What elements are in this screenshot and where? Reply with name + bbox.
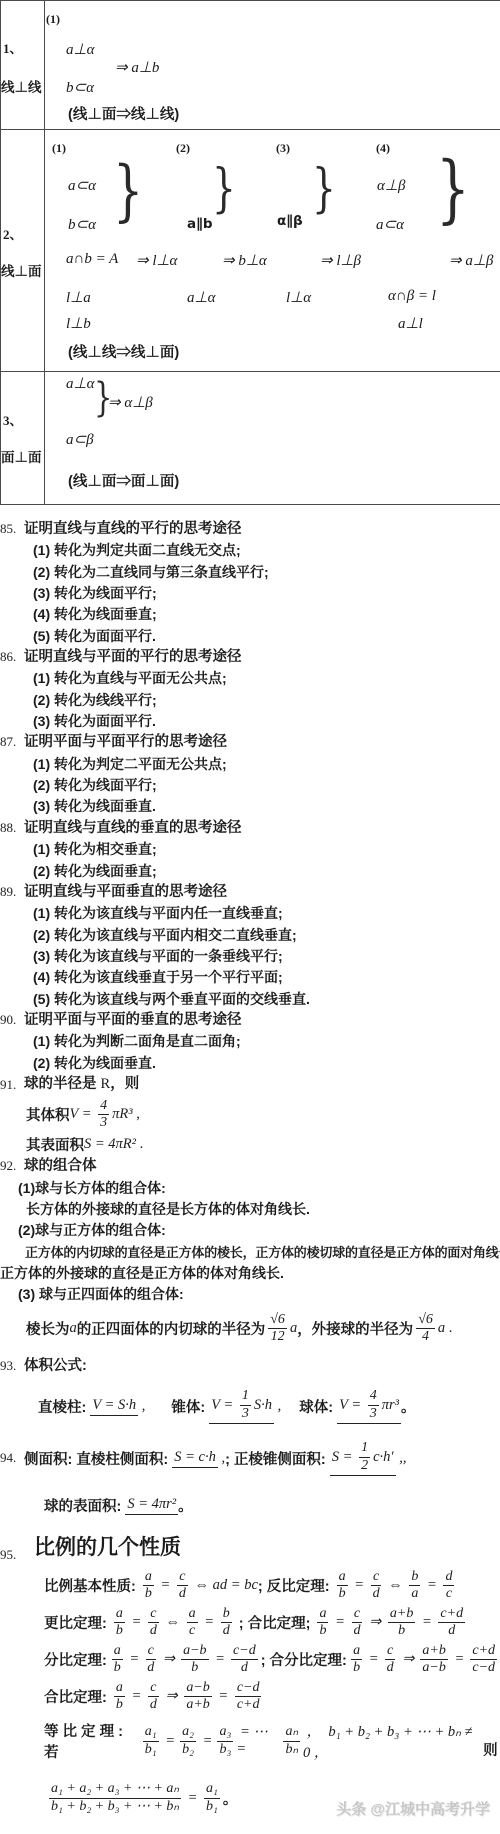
- section-90-title: 证明平面与平面的垂直的思考途径: [24, 1012, 242, 1028]
- section-90-number: 90.: [0, 1012, 24, 1028]
- row1-conclusion: ⇒ a⊥b: [115, 58, 159, 77]
- row2-c3-premise: α∥β: [277, 213, 303, 229]
- section-86-item: (3) 转化为面面平行.: [33, 711, 500, 732]
- section-92-line: (2)球与正方体的组合体:: [18, 1220, 500, 1241]
- section-86-title: 证明直线与平面的平行的思考途径: [24, 649, 242, 665]
- proportion-basic-line: 比例基本性质: ab = cd ⇔ ad = bc; 反比定理: ab = cd…: [44, 1567, 500, 1604]
- section-95-heading: 95.比例的几个性质: [0, 1533, 500, 1563]
- row2-c3-conclusion: ⇒ l⊥β: [320, 251, 361, 270]
- section-89-item: (2) 转化为该直线与平面内相交二直线垂直;: [33, 925, 500, 946]
- section-89-item: (1) 转化为该直线与平面内任一直线垂直;: [33, 903, 500, 924]
- sphere-surface-area-line: 球的表面积: S = 4πr²。: [44, 1487, 500, 1523]
- section-87-title: 证明平面与平面平行的思考途径: [24, 734, 227, 750]
- section-95-number: 95.: [0, 1547, 34, 1563]
- proportion-geng-he-line: 更比定理: ab = cd ⇔ ac = bd ; 合比定理; ab = cd …: [44, 1604, 500, 1641]
- section-93-title: 体积公式:: [24, 1358, 87, 1374]
- section-88-heading: 88.证明直线与直线的垂直的思考途径: [0, 818, 500, 839]
- row2-c4-brace: }: [436, 152, 470, 226]
- section-86-item: (1) 转化为直线与平面无公共点;: [33, 668, 500, 689]
- section-89-number: 89.: [0, 884, 24, 900]
- section-91-head-text: 球的半径是 R，则: [24, 1074, 139, 1095]
- section-87-heading: 87.证明平面与平面平行的思考途径: [0, 732, 500, 753]
- section-93-heading: 93.体积公式:: [0, 1356, 500, 1377]
- volume-formulas-line: 直棱柱: V = S·h ,锥体: V = 13S·h ,球体: V = 43π…: [38, 1377, 500, 1435]
- row3-label: 面⊥面: [1, 446, 42, 466]
- row2-c1-brace: }: [113, 158, 143, 224]
- row2-c2-conclusion: ⇒ b⊥α: [222, 251, 267, 270]
- row2-c1-premise-5: l⊥b: [66, 314, 91, 333]
- section-85-item: (1) 转化为判定共面二直线无交点;: [33, 540, 500, 561]
- row2-case-1: (1): [52, 141, 66, 156]
- section-92-number: 92.: [0, 1158, 24, 1174]
- row2-c4-premise-3: α∩β = l: [388, 288, 436, 305]
- row2-note: (线⊥线⇒线⊥面): [68, 341, 179, 362]
- row1-premise-2: b⊂α: [66, 78, 94, 97]
- section-87-item: (2) 转化为线面平行;: [33, 775, 500, 796]
- row2-c1-premise-4: l⊥a: [66, 288, 91, 307]
- section-94-number: 94.: [0, 1450, 24, 1466]
- section-87-number: 87.: [0, 734, 24, 750]
- row2-c2-premise-2: a⊥α: [187, 288, 215, 307]
- row2-c4-conclusion: ⇒ a⊥β: [449, 251, 493, 270]
- row3-number: 3、: [3, 410, 23, 429]
- row2-case-4: (4): [376, 141, 390, 156]
- section-85-item: (3) 转化为线面平行;: [33, 583, 500, 604]
- section-90-item: (2) 转化为线面垂直.: [33, 1053, 500, 1074]
- proportion-hebi-line: 合比定理: ab = cd ⇒ a−ba+b = c−dc+d: [44, 1678, 500, 1715]
- section-89-heading: 89.证明直线与平面垂直的思考途径: [0, 882, 500, 903]
- row2-number: 2、: [3, 224, 23, 243]
- proportion-fen-hefen-line: 分比定理: ab = cd ⇒ a−bb = c−dd; 合分比定理: ab =…: [44, 1641, 500, 1678]
- row2-c3-brace: }: [312, 163, 336, 215]
- sphere-surface-formula: 其表面积S = 4πR² .: [26, 1133, 500, 1156]
- section-92-line: 正方体的内切球的直径是正方体的棱长，正方体的棱切球的直径是正方体的面对角线长: [25, 1242, 500, 1263]
- section-85-item: (2) 转化为二直线同与第三条直线平行;: [33, 562, 500, 583]
- section-95-title: 比例的几个性质: [34, 1533, 181, 1563]
- row1-premise-1: a⊥α: [66, 40, 94, 59]
- section-92-heading: 92.球的组合体: [0, 1156, 500, 1177]
- sphere-volume-formula: 其体积V = 43πR³ ,: [26, 1095, 500, 1133]
- section-87-item: (1) 转化为判定二平面无公共点;: [33, 754, 500, 775]
- table-row-divider-1: [0, 129, 500, 130]
- row2-case-3: (3): [276, 141, 290, 156]
- section-88-item: (2) 转化为线面垂直;: [33, 861, 500, 882]
- section-92-line: 正方体的外接球的直径是正方体的体对角线长.: [0, 1263, 500, 1284]
- section-89-item: (4) 转化为该直线垂直于另一个平行平面;: [33, 967, 500, 988]
- section-85-title: 证明直线与直线的平行的思考途径: [24, 521, 242, 537]
- row2-c1-conclusion: ⇒ l⊥α: [136, 251, 177, 270]
- section-90-heading: 90.证明平面与平面的垂直的思考途径: [0, 1010, 500, 1031]
- row3-note: (线⊥面⇒面⊥面): [68, 470, 179, 491]
- row2-case-2: (2): [176, 141, 190, 156]
- section-92-line: (1)球与长方体的组合体:: [18, 1178, 500, 1199]
- section-93-number: 93.: [0, 1358, 24, 1374]
- table-column-divider: [44, 0, 45, 505]
- section-87-item: (3) 转化为线面垂直.: [33, 796, 500, 817]
- section-88-number: 88.: [0, 820, 24, 836]
- equal-ratio-theorem-line: 等 比 定 理 : 若 a₁b₁ = a₂b₂ = a₃b₃ = ⋯ = aₙb…: [44, 1719, 500, 1763]
- section-88-item: (1) 转化为相交垂直;: [33, 839, 500, 860]
- row2-c4-premise-4: a⊥l: [398, 314, 423, 333]
- section-85-heading: 85.证明直线与直线的平行的思考途径: [0, 519, 500, 540]
- row2-c4-premise-2: a⊂α: [376, 215, 404, 234]
- lateral-area-formulas: 侧面积: 直棱柱侧面积: S = c·h ,; 正棱锥侧面积: S = 12c·…: [24, 1440, 406, 1475]
- row1-number: 1、: [3, 38, 23, 57]
- section-85-item: (4) 转化为线面垂直;: [33, 604, 500, 625]
- section-86-item: (2) 转化为线线平行;: [33, 690, 500, 711]
- section-92-line: (3) 球与正四面体的组合体:: [18, 1284, 500, 1305]
- row2-c1-premise-1: a⊂α: [68, 176, 96, 195]
- section-90-item: (1) 转化为判断二面角是直二面角;: [33, 1031, 500, 1052]
- section-85-number: 85.: [0, 521, 24, 537]
- section-88-title: 证明直线与直线的垂直的思考途径: [24, 820, 242, 836]
- row2-label: 线⊥面: [1, 260, 42, 280]
- section-85-item: (5) 转化为面面平行.: [33, 626, 500, 647]
- row2-c4-premise-1: α⊥β: [377, 176, 405, 195]
- row1-label: 线⊥线: [1, 76, 42, 96]
- section-89-item: (3) 转化为该直线与平面的一条垂线平行;: [33, 946, 500, 967]
- table-row-divider-2: [0, 371, 500, 372]
- row2-c2-premise: a∥b: [187, 216, 213, 232]
- section-89-title: 证明直线与平面垂直的思考途径: [24, 884, 227, 900]
- section-94-line: 94.侧面积: 直棱柱侧面积: S = c·h ,; 正棱锥侧面积: S = 1…: [0, 1435, 500, 1481]
- section-92-line: 长方体的外接球的直径是长方体的体对角线长.: [26, 1199, 500, 1220]
- theorem-table: 1、 线⊥线 2、 线⊥面 3、 面⊥面 (1) a⊥α ⇒ a⊥b b⊂α (…: [0, 0, 500, 505]
- row1-case-label: (1): [46, 12, 60, 27]
- row2-c3-premise-2: l⊥α: [286, 288, 311, 307]
- study-notes-page: 1、 线⊥线 2、 线⊥面 3、 面⊥面 (1) a⊥α ⇒ a⊥b b⊂α (…: [0, 0, 500, 1834]
- row3-premise-1: a⊥α: [66, 374, 94, 393]
- row3-conclusion: ⇒ α⊥β: [108, 393, 153, 412]
- row1-note: (线⊥面⇒线⊥线): [68, 103, 179, 124]
- section-86-number: 86.: [0, 649, 24, 665]
- table-border-bottom: [0, 504, 500, 505]
- section-92-title: 球的组合体: [24, 1158, 97, 1174]
- table-border-top: [0, 0, 500, 1]
- section-89-item: (5) 转化为该直线与两个垂直平面的交线垂直.: [33, 989, 500, 1010]
- section-91-heading: 91.球的半径是 R，则: [0, 1074, 500, 1095]
- tetrahedron-sphere-formula: 棱长为a的正四面体的内切球的半径为√612a，外接球的半径为√64a .: [26, 1306, 500, 1352]
- row3-premise-2: a⊂β: [66, 430, 94, 449]
- row2-c1-premise-3: a∩b = A: [66, 251, 118, 268]
- section-91-number: 91.: [0, 1077, 24, 1093]
- notes-content: 85.证明直线与直线的平行的思考途径 (1) 转化为判定共面二直线无交点; (2…: [0, 519, 500, 1823]
- watermark-text: 头条 @江城中高考升学: [336, 1798, 490, 1819]
- row2-c1-premise-2: b⊂α: [68, 215, 96, 234]
- row2-c2-brace: }: [212, 163, 236, 215]
- section-86-heading: 86.证明直线与平面的平行的思考途径: [0, 647, 500, 668]
